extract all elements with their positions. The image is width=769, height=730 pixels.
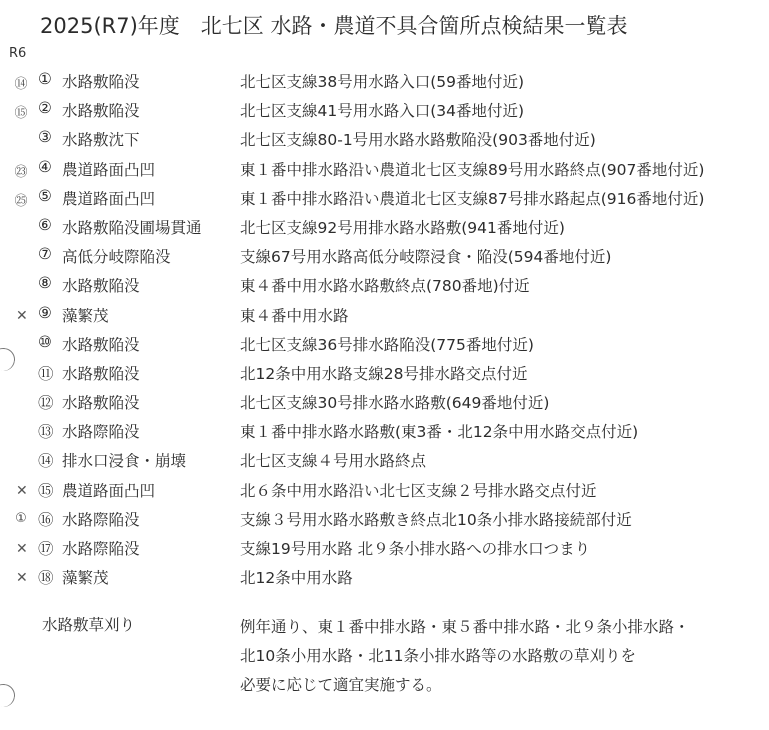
defect-type: 水路敷陥没 — [62, 70, 140, 92]
defect-type: 水路敷陥没 — [62, 333, 140, 355]
defect-location: 北12条中用水路支線28号排水路交点付近 — [240, 362, 527, 384]
prev-year-number: ㉓ — [12, 161, 30, 180]
inspection-results-document: 2025(R7)年度 北七区 水路・農道不具合箇所点検結果一覧表 R6 ⑭ ① … — [0, 0, 769, 730]
defect-location: 支線67号用水路高低分岐際浸食・陥没(594番地付近) — [240, 245, 611, 267]
defect-type: 藻繁茂 — [62, 304, 109, 326]
list-item: ✕ ⑨ 藻繁茂 東４番中用水路 — [0, 304, 769, 333]
item-number: ⑬ — [38, 420, 54, 442]
defect-location: 東４番中用水路 — [240, 304, 349, 326]
handwritten-x-mark: ✕ — [16, 570, 28, 586]
defect-location: 北６条中用水路沿い北七区支線２号排水路交点付近 — [240, 479, 597, 501]
item-number: ⑧ — [38, 274, 52, 292]
defect-location: 北12条中用水路 — [240, 566, 353, 588]
defect-location: 北七区支線41号用水路入口(34番地付近) — [240, 99, 524, 121]
handwritten-x-mark: ✕ — [16, 483, 28, 499]
defect-location: 北七区支線80-1号用水路水路敷陥没(903番地付近) — [240, 128, 596, 150]
defect-location: 北七区支線30号排水路水路敷(649番地付近) — [240, 391, 549, 413]
mowing-label: 水路敷草刈り — [42, 613, 135, 635]
mowing-line: 必要に応じて適宜実施する。 — [240, 671, 690, 700]
list-item: ⑭ 排水口浸食・崩壊 北七区支線４号用水路終点 — [0, 449, 769, 478]
list-item: ✕ ⑮ 農道路面凸凹 北６条中用水路沿い北七区支線２号排水路交点付近 — [0, 479, 769, 508]
defect-type: 農道路面凸凹 — [62, 479, 155, 501]
defect-location: 北七区支線38号用水路入口(59番地付近) — [240, 70, 524, 92]
defect-type: 水路敷陥没 — [62, 362, 140, 384]
list-item: ㉓ ④ 農道路面凸凹 東１番中排水路沿い農道北七区支線89号用水路終点(907番… — [0, 158, 769, 187]
defect-type: 水路際陥没 — [62, 537, 140, 559]
defect-location: 東１番中排水路沿い農道北七区支線89号用水路終点(907番地付近) — [240, 158, 704, 180]
defect-location: 北七区支線４号用水路終点 — [240, 449, 426, 471]
defect-type: 農道路面凸凹 — [62, 158, 155, 180]
list-item: ㉕ ⑤ 農道路面凸凹 東１番中排水路沿い農道北七区支線87号排水路起点(916番… — [0, 187, 769, 216]
list-item: ⑮ ② 水路敷陥没 北七区支線41号用水路入口(34番地付近) — [0, 99, 769, 128]
item-number: ⑦ — [38, 245, 52, 263]
list-item: ⑭ ① 水路敷陥没 北七区支線38号用水路入口(59番地付近) — [0, 70, 769, 99]
item-number: ③ — [38, 128, 52, 146]
document-title: 2025(R7)年度 北七区 水路・農道不具合箇所点検結果一覧表 — [40, 10, 627, 40]
defect-location: 東１番中排水路水路敷(東3番・北12条中用水路交点付近) — [240, 420, 638, 442]
inspection-list: ⑭ ① 水路敷陥没 北七区支線38号用水路入口(59番地付近) ⑮ ② 水路敷陥… — [0, 70, 769, 595]
item-number: ⑥ — [38, 216, 52, 234]
prev-year-number: ⑭ — [12, 73, 30, 92]
item-number: ⑰ — [38, 537, 54, 559]
list-item: ⑧ 水路敷陥没 東４番中用水路水路敷終点(780番地)付近 — [0, 274, 769, 303]
list-item: ✕ ⑱ 藻繁茂 北12条中用水路 — [0, 566, 769, 595]
list-item: ⑥ 水路敷陥没圃場貫通 北七区支線92号用排水路水路敷(941番地付近) — [0, 216, 769, 245]
list-item: ⑪ 水路敷陥没 北12条中用水路支線28号排水路交点付近 — [0, 362, 769, 391]
list-item: ⑦ 高低分岐際陥没 支線67号用水路高低分岐際浸食・陥没(594番地付近) — [0, 245, 769, 274]
list-item: ✕ ⑰ 水路際陥没 支線19号用水路 北９条小排水路への排水口つまり — [0, 537, 769, 566]
defect-type: 水路敷陥没 — [62, 99, 140, 121]
handwritten-x-mark: ✕ — [16, 541, 28, 557]
item-number: ⑱ — [38, 566, 54, 588]
defect-type: 水路敷陥没 — [62, 391, 140, 413]
item-number: ⑤ — [38, 187, 52, 205]
prev-year-number: ① — [12, 511, 30, 526]
item-number: ⑨ — [38, 304, 52, 322]
item-number: ⑫ — [38, 391, 54, 413]
defect-location: 北七区支線92号用排水路水路敷(941番地付近) — [240, 216, 565, 238]
list-item: ③ 水路敷沈下 北七区支線80-1号用水路水路敷陥没(903番地付近) — [0, 128, 769, 157]
list-item: ① ⑯ 水路際陥没 支線３号用水路水路敷き終点北10条小排水路接続部付近 — [0, 508, 769, 537]
prev-year-number: ㉕ — [12, 190, 30, 209]
defect-type: 藻繁茂 — [62, 566, 109, 588]
defect-type: 高低分岐際陥没 — [62, 245, 171, 267]
defect-location: 支線19号用水路 北９条小排水路への排水口つまり — [240, 537, 590, 559]
defect-type: 水路敷沈下 — [62, 128, 140, 150]
item-number: ⑯ — [38, 508, 54, 530]
list-item: ⑩ 水路敷陥没 北七区支線36号排水路陥没(775番地付近) — [0, 333, 769, 362]
item-number: ⑩ — [38, 333, 52, 351]
mowing-line: 例年通り、東１番中排水路・東５番中排水路・北９条小排水路・ — [240, 613, 690, 642]
list-item: ⑬ 水路際陥没 東１番中排水路水路敷(東3番・北12条中用水路交点付近) — [0, 420, 769, 449]
prev-year-number: ⑮ — [12, 102, 30, 121]
prev-year-column-header: R6 — [9, 46, 26, 61]
defect-type: 水路際陥没 — [62, 508, 140, 530]
defect-type: 排水口浸食・崩壊 — [62, 449, 186, 471]
defect-location: 東１番中排水路沿い農道北七区支線87号排水路起点(916番地付近) — [240, 187, 704, 209]
punch-hole-mark — [0, 682, 17, 709]
item-number: ② — [38, 99, 52, 117]
defect-location: 北七区支線36号排水路陥没(775番地付近) — [240, 333, 534, 355]
item-number: ⑮ — [38, 479, 54, 501]
item-number: ① — [38, 70, 52, 88]
item-number: ⑪ — [38, 362, 54, 384]
defect-type: 農道路面凸凹 — [62, 187, 155, 209]
defect-type: 水路敷陥没 — [62, 274, 140, 296]
mowing-line: 北10条小用水路・北11条小排水路等の水路敷の草刈りを — [240, 642, 690, 671]
defect-location: 東４番中用水路水路敷終点(780番地)付近 — [240, 274, 530, 296]
handwritten-x-mark: ✕ — [16, 308, 28, 324]
mowing-description: 例年通り、東１番中排水路・東５番中排水路・北９条小排水路・ 北10条小用水路・北… — [240, 613, 690, 700]
item-number: ⑭ — [38, 449, 54, 471]
defect-type: 水路敷陥没圃場貫通 — [62, 216, 202, 238]
item-number: ④ — [38, 158, 52, 176]
defect-location: 支線３号用水路水路敷き終点北10条小排水路接続部付近 — [240, 508, 632, 530]
list-item: ⑫ 水路敷陥没 北七区支線30号排水路水路敷(649番地付近) — [0, 391, 769, 420]
defect-type: 水路際陥没 — [62, 420, 140, 442]
